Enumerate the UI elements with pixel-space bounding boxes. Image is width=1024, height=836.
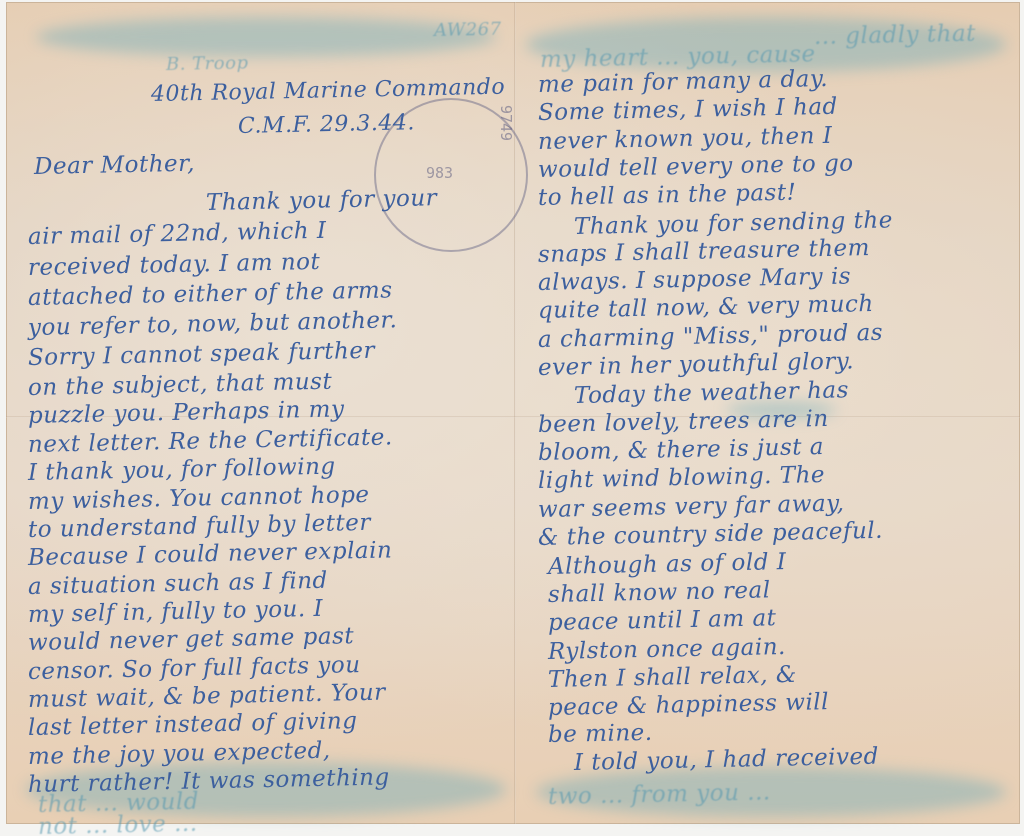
- letter-line: censor. So for full facts you: [28, 652, 361, 685]
- letter-line: Thank you for your: [206, 185, 438, 216]
- letter-sheet: 9749 983 AW267 B. Troop 40th Royal Marin…: [6, 2, 1020, 824]
- letter-line: Some times, I wish I had: [538, 94, 838, 126]
- letter-line: light wind blowing. The: [538, 462, 826, 494]
- censored-line: not ... love ...: [38, 811, 198, 836]
- place-date: C.M.F. 29.3.44.: [238, 110, 415, 139]
- letter-line: Although as of old I: [548, 549, 787, 580]
- letter-line: I thank you, for following: [28, 454, 336, 486]
- censor-smudge: [36, 17, 496, 57]
- letter-line: Rylston once again.: [548, 634, 786, 665]
- letter-line: to hell as in the past!: [538, 180, 797, 211]
- letter-line: received today. I am not: [28, 249, 321, 281]
- letter-line: would tell every one to go: [538, 150, 854, 183]
- letter-line: air mail of 22nd, which I: [28, 218, 327, 250]
- letter-line: next letter. Re the Certificate.: [28, 424, 393, 458]
- letter-line: never known you, then I: [538, 123, 833, 155]
- letter-line: Sorry I cannot speak further: [28, 338, 375, 371]
- letter-line: attached to either of the arms: [28, 277, 393, 311]
- letter-line: me pain for many a day.: [538, 66, 829, 98]
- letter-line: been lovely, trees are in: [538, 406, 829, 438]
- letter-line: Because I could never explain: [28, 537, 393, 571]
- salutation: Dear Mother,: [34, 151, 195, 180]
- letter-line: peace until I am at: [548, 605, 777, 636]
- letter-line: a situation such as I find: [28, 568, 328, 600]
- letter-line: be mine.: [548, 720, 653, 748]
- letter-line: last letter instead of giving: [28, 708, 358, 741]
- letter-line: quite tall now, & very much: [538, 291, 874, 324]
- letter-line: peace & happiness will: [548, 689, 830, 721]
- letter-line: always. I suppose Mary is: [538, 263, 852, 296]
- letter-line: snaps I shall treasure them: [538, 235, 870, 268]
- letter-line: ever in her youthful glory.: [538, 348, 855, 381]
- letter-line: on the subject, that must: [28, 369, 333, 401]
- stamp-code: 983: [426, 164, 453, 182]
- faded-code: AW267: [434, 19, 502, 41]
- letter-line: puzzle you. Perhaps in my: [28, 396, 345, 429]
- letter-line: Then I shall relax, &: [548, 662, 797, 693]
- letter-line: you refer to, now, but another.: [28, 307, 398, 341]
- stamp-number: 9749: [497, 105, 515, 141]
- letter-line: shall know no real: [548, 577, 771, 608]
- censored-line: ... gladly that: [814, 21, 976, 50]
- censored-line: two ... from you ...: [548, 779, 771, 810]
- letter-line: would never get same past: [28, 623, 355, 656]
- letter-line: & the country side peaceful.: [538, 518, 883, 551]
- letter-line: war seems very far away,: [538, 491, 845, 523]
- letter-line: bloom, & there is just a: [538, 434, 825, 466]
- unit-troop: B. Troop: [166, 52, 249, 75]
- letter-line: my self in, fully to you. I: [28, 596, 324, 628]
